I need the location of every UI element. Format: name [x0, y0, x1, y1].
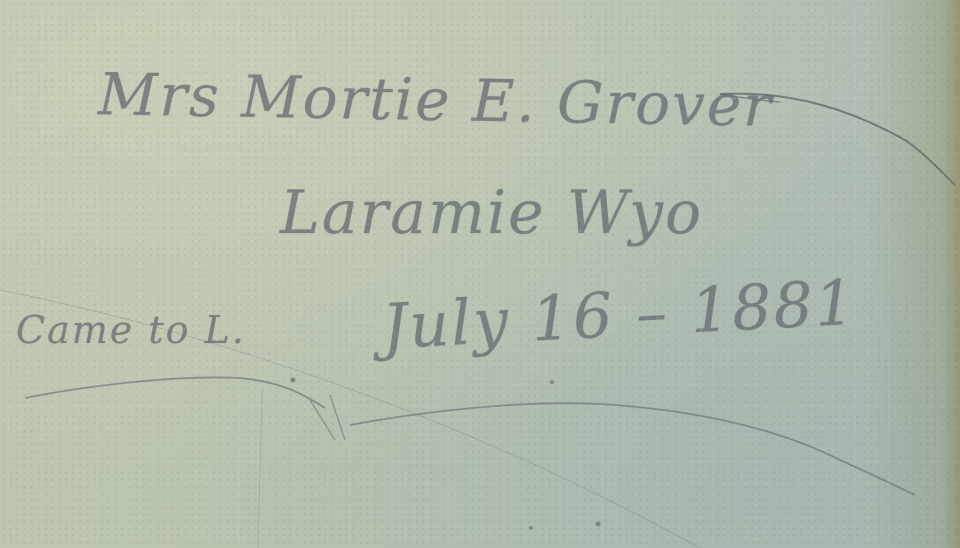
recipient-name: Mrs Mortie E. Grover — [97, 60, 773, 140]
place-name: Laramie Wyo — [280, 178, 703, 248]
arrival-note: Came to L. — [16, 308, 246, 352]
paper-edge — [942, 0, 960, 548]
paper-sheet: Mrs Mortie E. Grover Laramie Wyo Came to… — [0, 0, 960, 548]
